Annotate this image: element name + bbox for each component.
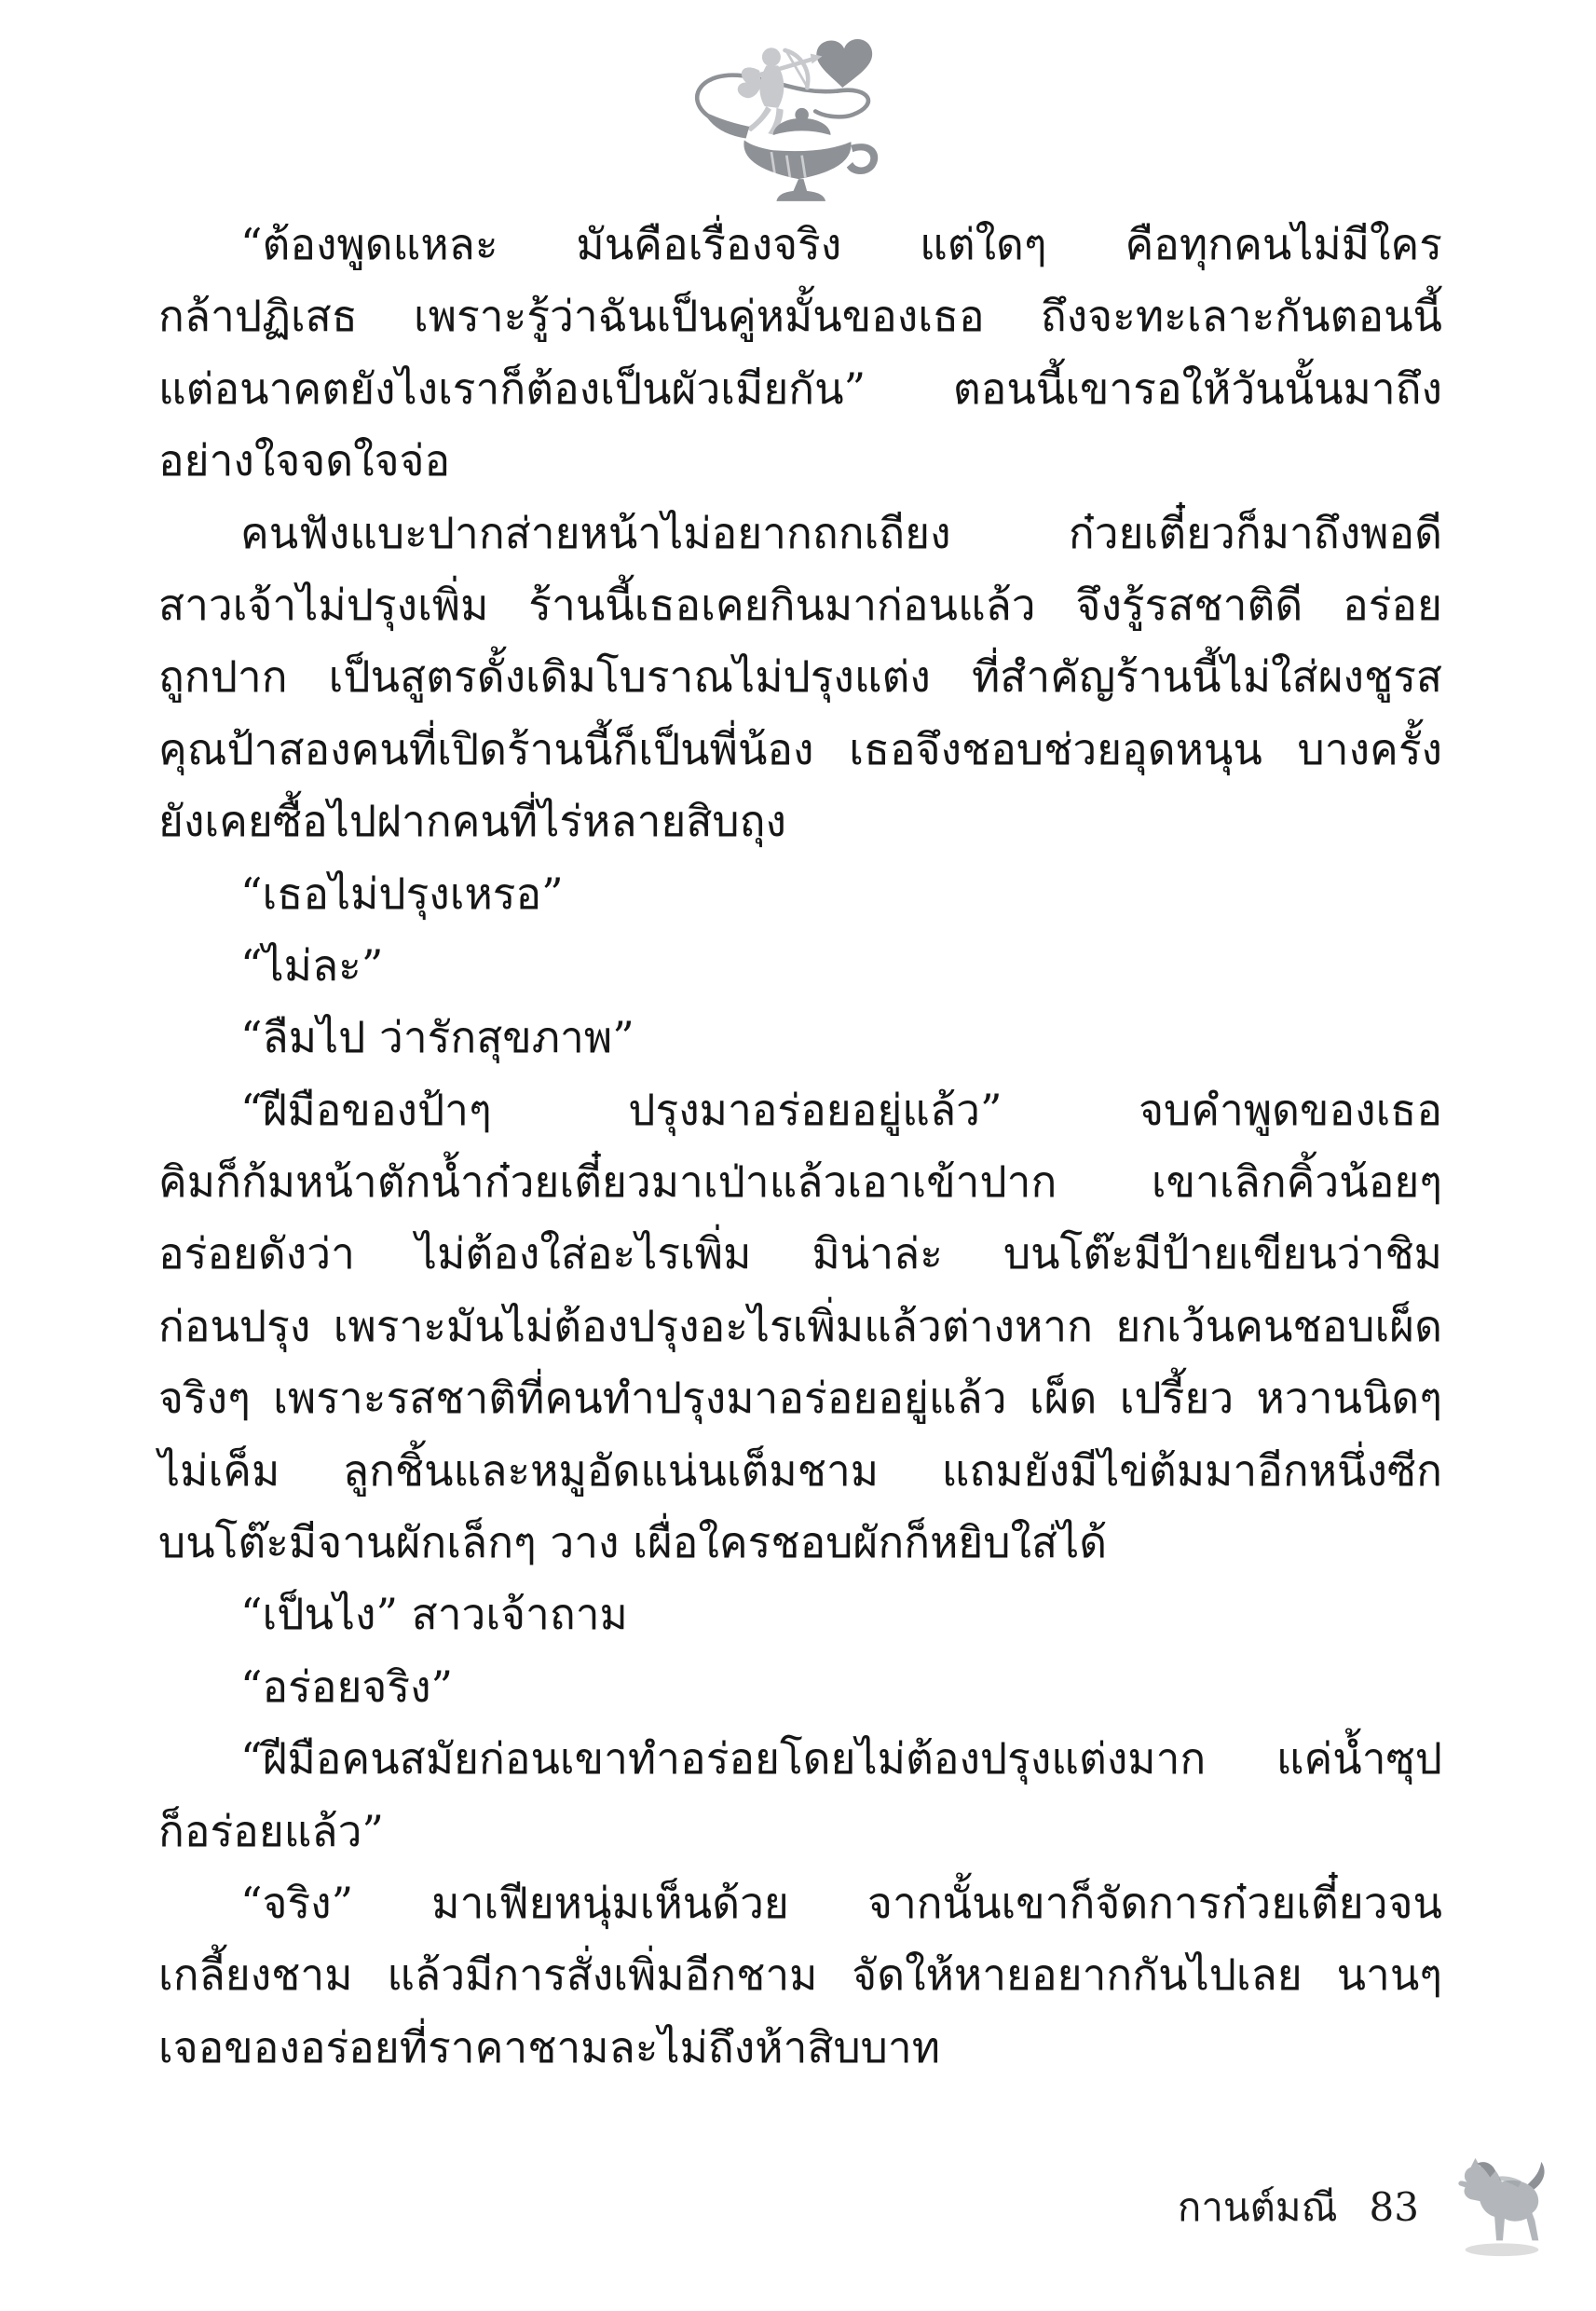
smoke-swirl <box>815 90 868 117</box>
text-line: จริงๆ เพราะรสชาติที่คนทำปรุงมาอร่อยอยู่แ… <box>158 1362 1442 1434</box>
text-line: บนโต๊ะมีจานผักเล็กๆ วาง เผื่อใครชอบผักก็… <box>158 1507 1442 1579</box>
text-line: เกลี้ยงชาม แล้วมีการสั่งเพิ่มอีกชาม จัดใ… <box>158 1939 1442 2011</box>
horse-icon <box>1447 2153 1557 2263</box>
text-line: คิมก็ก้มหน้าตักน้ำก๋วยเตี๋ยวมาเป่าแล้วเอ… <box>158 1146 1442 1218</box>
text-line: “จริง” มาเฟียหนุ่มเห็นด้วย จากนั้นเขาก็จ… <box>158 1867 1442 1939</box>
text-line: “ฝีมือของป้าๆ ปรุงมาอร่อยอยู่แล้ว” จบคำพ… <box>158 1074 1442 1146</box>
text-line: ก็อร่อยแล้ว” <box>158 1796 1442 1867</box>
text-line: “ฝีมือคนสมัยก่อนเขาทำอร่อยโดยไม่ต้องปรุง… <box>158 1723 1442 1795</box>
text-line: สาวเจ้าไม่ปรุงเพิ่ม ร้านนี้เธอเคยกินมาก่… <box>158 569 1442 641</box>
text-line: อย่างใจจดใจจ่อ <box>158 425 1442 497</box>
text-line: “เป็นไง” สาวเจ้าถาม <box>158 1579 1442 1650</box>
text-line: อร่อยดังว่า ไม่ต้องใส่อะไรเพิ่ม มิน่าล่ะ… <box>158 1218 1442 1290</box>
text-line: “ลืมไป ว่ารักสุขภาพ” <box>158 1002 1442 1073</box>
text-line: “ไม่ละ” <box>158 930 1442 1002</box>
text-line: คนฟังแบะปากส่ายหน้าไม่อยากถกเถียง ก๋วยเต… <box>158 498 1442 569</box>
genie-lamp-icon <box>703 108 878 201</box>
text-block: “ต้องพูดแหละ มันคือเรื่องจริง แต่ใดๆ คือ… <box>158 209 1442 2084</box>
text-line: กล้าปฏิเสธ เพราะรู้ว่าฉันเป็นคู่หมั้นของ… <box>158 280 1442 352</box>
text-line: คุณป้าสองคนที่เปิดร้านนี้ก็เป็นพี่น้อง เ… <box>158 714 1442 786</box>
text-line: “ต้องพูดแหละ มันคือเรื่องจริง แต่ใดๆ คือ… <box>158 209 1442 280</box>
page-footer: กานต์มณี 83 <box>1178 2153 1557 2263</box>
author-name: กานต์มณี <box>1178 2177 1338 2238</box>
cupid-lamp-ornament <box>659 32 938 218</box>
text-line: แต่อนาคตยังไงเราก็ต้องเป็นผัวเมียกัน” ตอ… <box>158 353 1442 425</box>
book-page: “ต้องพูดแหละ มันคือเรื่องจริง แต่ใดๆ คือ… <box>0 0 1596 2311</box>
text-line: เจอของอร่อยที่ราคาชามละไม่ถึงห้าสิบบาท <box>158 2012 1442 2084</box>
text-line: ถูกปาก เป็นสูตรดั้งเดิมโบราณไม่ปรุงแต่ง … <box>158 641 1442 713</box>
footer-credit: กานต์มณี 83 <box>1178 2177 1419 2238</box>
text-line: ไม่เค็ม ลูกชิ้นและหมูอัดแน่นเต็มชาม แถมย… <box>158 1435 1442 1507</box>
text-line: “อร่อยจริง” <box>158 1651 1442 1723</box>
text-line: ก่อนปรุง เพราะมันไม่ต้องปรุงอะไรเพิ่มแล้… <box>158 1291 1442 1362</box>
text-line: ยังเคยซื้อไปฝากคนที่ไร่หลายสิบถุง <box>158 786 1442 857</box>
text-line: “เธอไม่ปรุงเหรอ” <box>158 858 1442 930</box>
page-number: 83 <box>1370 2184 1419 2230</box>
heart-icon <box>816 39 872 88</box>
